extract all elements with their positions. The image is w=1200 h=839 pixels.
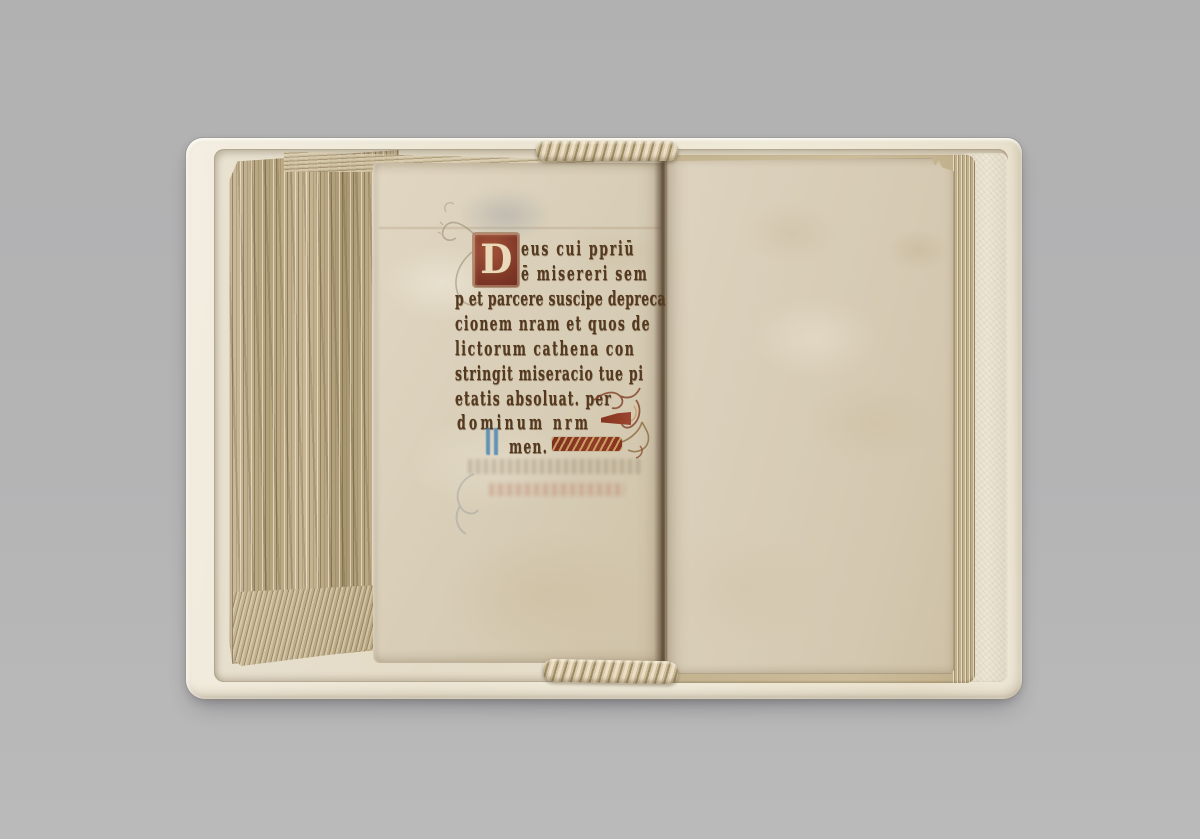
show-through-rubric <box>489 483 625 496</box>
manuscript-text-line: etatis absoluat. per <box>455 386 612 412</box>
initial-letter: D <box>480 240 512 280</box>
manuscript-text-line: stringit miseracio tue pi <box>455 361 644 387</box>
manuscript-text-line: lictorum cathena con <box>455 336 635 362</box>
headband-braid <box>536 141 678 161</box>
gutter-shadow <box>654 159 670 669</box>
manuscript-text-line: ē misereri sem <box>521 261 649 287</box>
manuscript-text-line: dominum nrm <box>457 410 591 436</box>
show-through-text <box>468 459 642 474</box>
manuscript-text-line: eus cui ppriū <box>521 236 635 262</box>
illuminated-initial-d: D <box>473 233 519 287</box>
filler-leaf-curl <box>618 420 652 460</box>
manuscript-text-line: men. <box>509 434 548 460</box>
blue-initial-a <box>486 428 501 455</box>
tailband-braid <box>543 659 678 685</box>
manuscript-text-line: p et parcere suscipe depreca <box>455 286 666 312</box>
manuscript-text-line: cionem nram et quos de <box>455 311 651 337</box>
photo-scene: D eus cui ppriū ē misereri sem p et parc… <box>0 0 1200 839</box>
show-through-curl <box>446 468 482 538</box>
line-filler-bar <box>552 437 622 451</box>
right-page-blank <box>666 158 954 674</box>
